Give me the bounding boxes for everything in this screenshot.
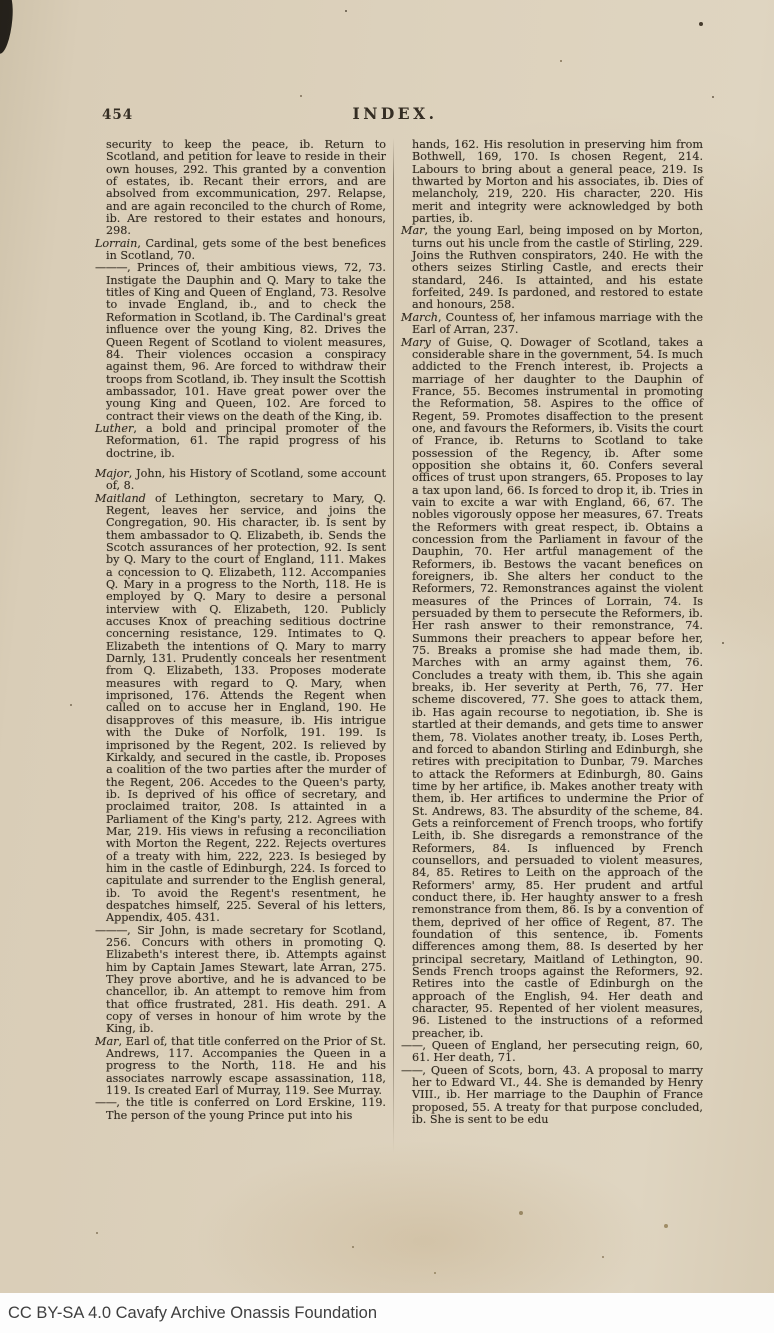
index-entry: ——, the title is conferred on Lord Erski… bbox=[95, 1097, 386, 1122]
index-entry: ——, Queen of England, her persecuting re… bbox=[401, 1040, 703, 1065]
index-entry: hands, 162. His resolution in preserving… bbox=[401, 139, 703, 225]
index-entry: March, Countess of, her infamous marriag… bbox=[401, 312, 703, 337]
entry-headword: Lorrain bbox=[95, 237, 137, 250]
index-entry: security to keep the peace, ib. Return t… bbox=[95, 139, 386, 238]
page-title: INDEX. bbox=[95, 104, 695, 123]
paper-specks bbox=[0, 0, 2, 2]
column-divider bbox=[393, 138, 394, 1153]
index-column-right: hands, 162. His resolution in preserving… bbox=[401, 139, 703, 1127]
index-entry: Mar, the young Earl, being imposed on by… bbox=[401, 225, 703, 311]
index-entry: Maitland of Lethington, secretary to Mar… bbox=[95, 493, 386, 925]
license-caption-bar: CC BY-SA 4.0 Cavafy Archive Onassis Foun… bbox=[0, 1293, 774, 1333]
index-entry: ———, Sir John, is made secretary for Sco… bbox=[95, 925, 386, 1036]
entry-headword: Maitland bbox=[95, 492, 146, 505]
entry-headword: Mar bbox=[401, 224, 424, 237]
scan-artifact-corner bbox=[0, 0, 15, 55]
entry-headword: March bbox=[401, 311, 438, 324]
entry-dash: —— bbox=[95, 1096, 116, 1109]
entry-headword: Major bbox=[95, 467, 129, 480]
index-column-left: security to keep the peace, ib. Return t… bbox=[95, 139, 386, 1122]
entry-headword: Mary bbox=[401, 336, 431, 349]
entry-headword: Mar bbox=[95, 1035, 118, 1048]
entry-dash: —— bbox=[401, 1039, 422, 1052]
entry-dash: ——— bbox=[95, 924, 127, 937]
index-entry: Mary of Guise, Q. Dowager of Scotland, t… bbox=[401, 337, 703, 1041]
index-entry: ——, Queen of Scots, born, 43. A proposal… bbox=[401, 1065, 703, 1127]
entry-headword: Luther bbox=[95, 422, 133, 435]
scanned-book-page: 454 INDEX. security to keep the peace, i… bbox=[0, 0, 774, 1293]
index-entry: Luther, a bold and principal promoter of… bbox=[95, 423, 386, 460]
index-entry: ———, Princes of, their ambitious views, … bbox=[95, 262, 386, 422]
license-caption: CC BY-SA 4.0 Cavafy Archive Onassis Foun… bbox=[8, 1304, 377, 1323]
index-entry: Mar, Earl of, that title conferred on th… bbox=[95, 1036, 386, 1098]
index-entry: Lorrain, Cardinal, gets some of the best… bbox=[95, 238, 386, 263]
entry-dash: —— bbox=[401, 1064, 422, 1077]
entry-dash: ——— bbox=[95, 261, 127, 274]
index-entry: Major, John, his History of Scotland, so… bbox=[95, 468, 386, 493]
